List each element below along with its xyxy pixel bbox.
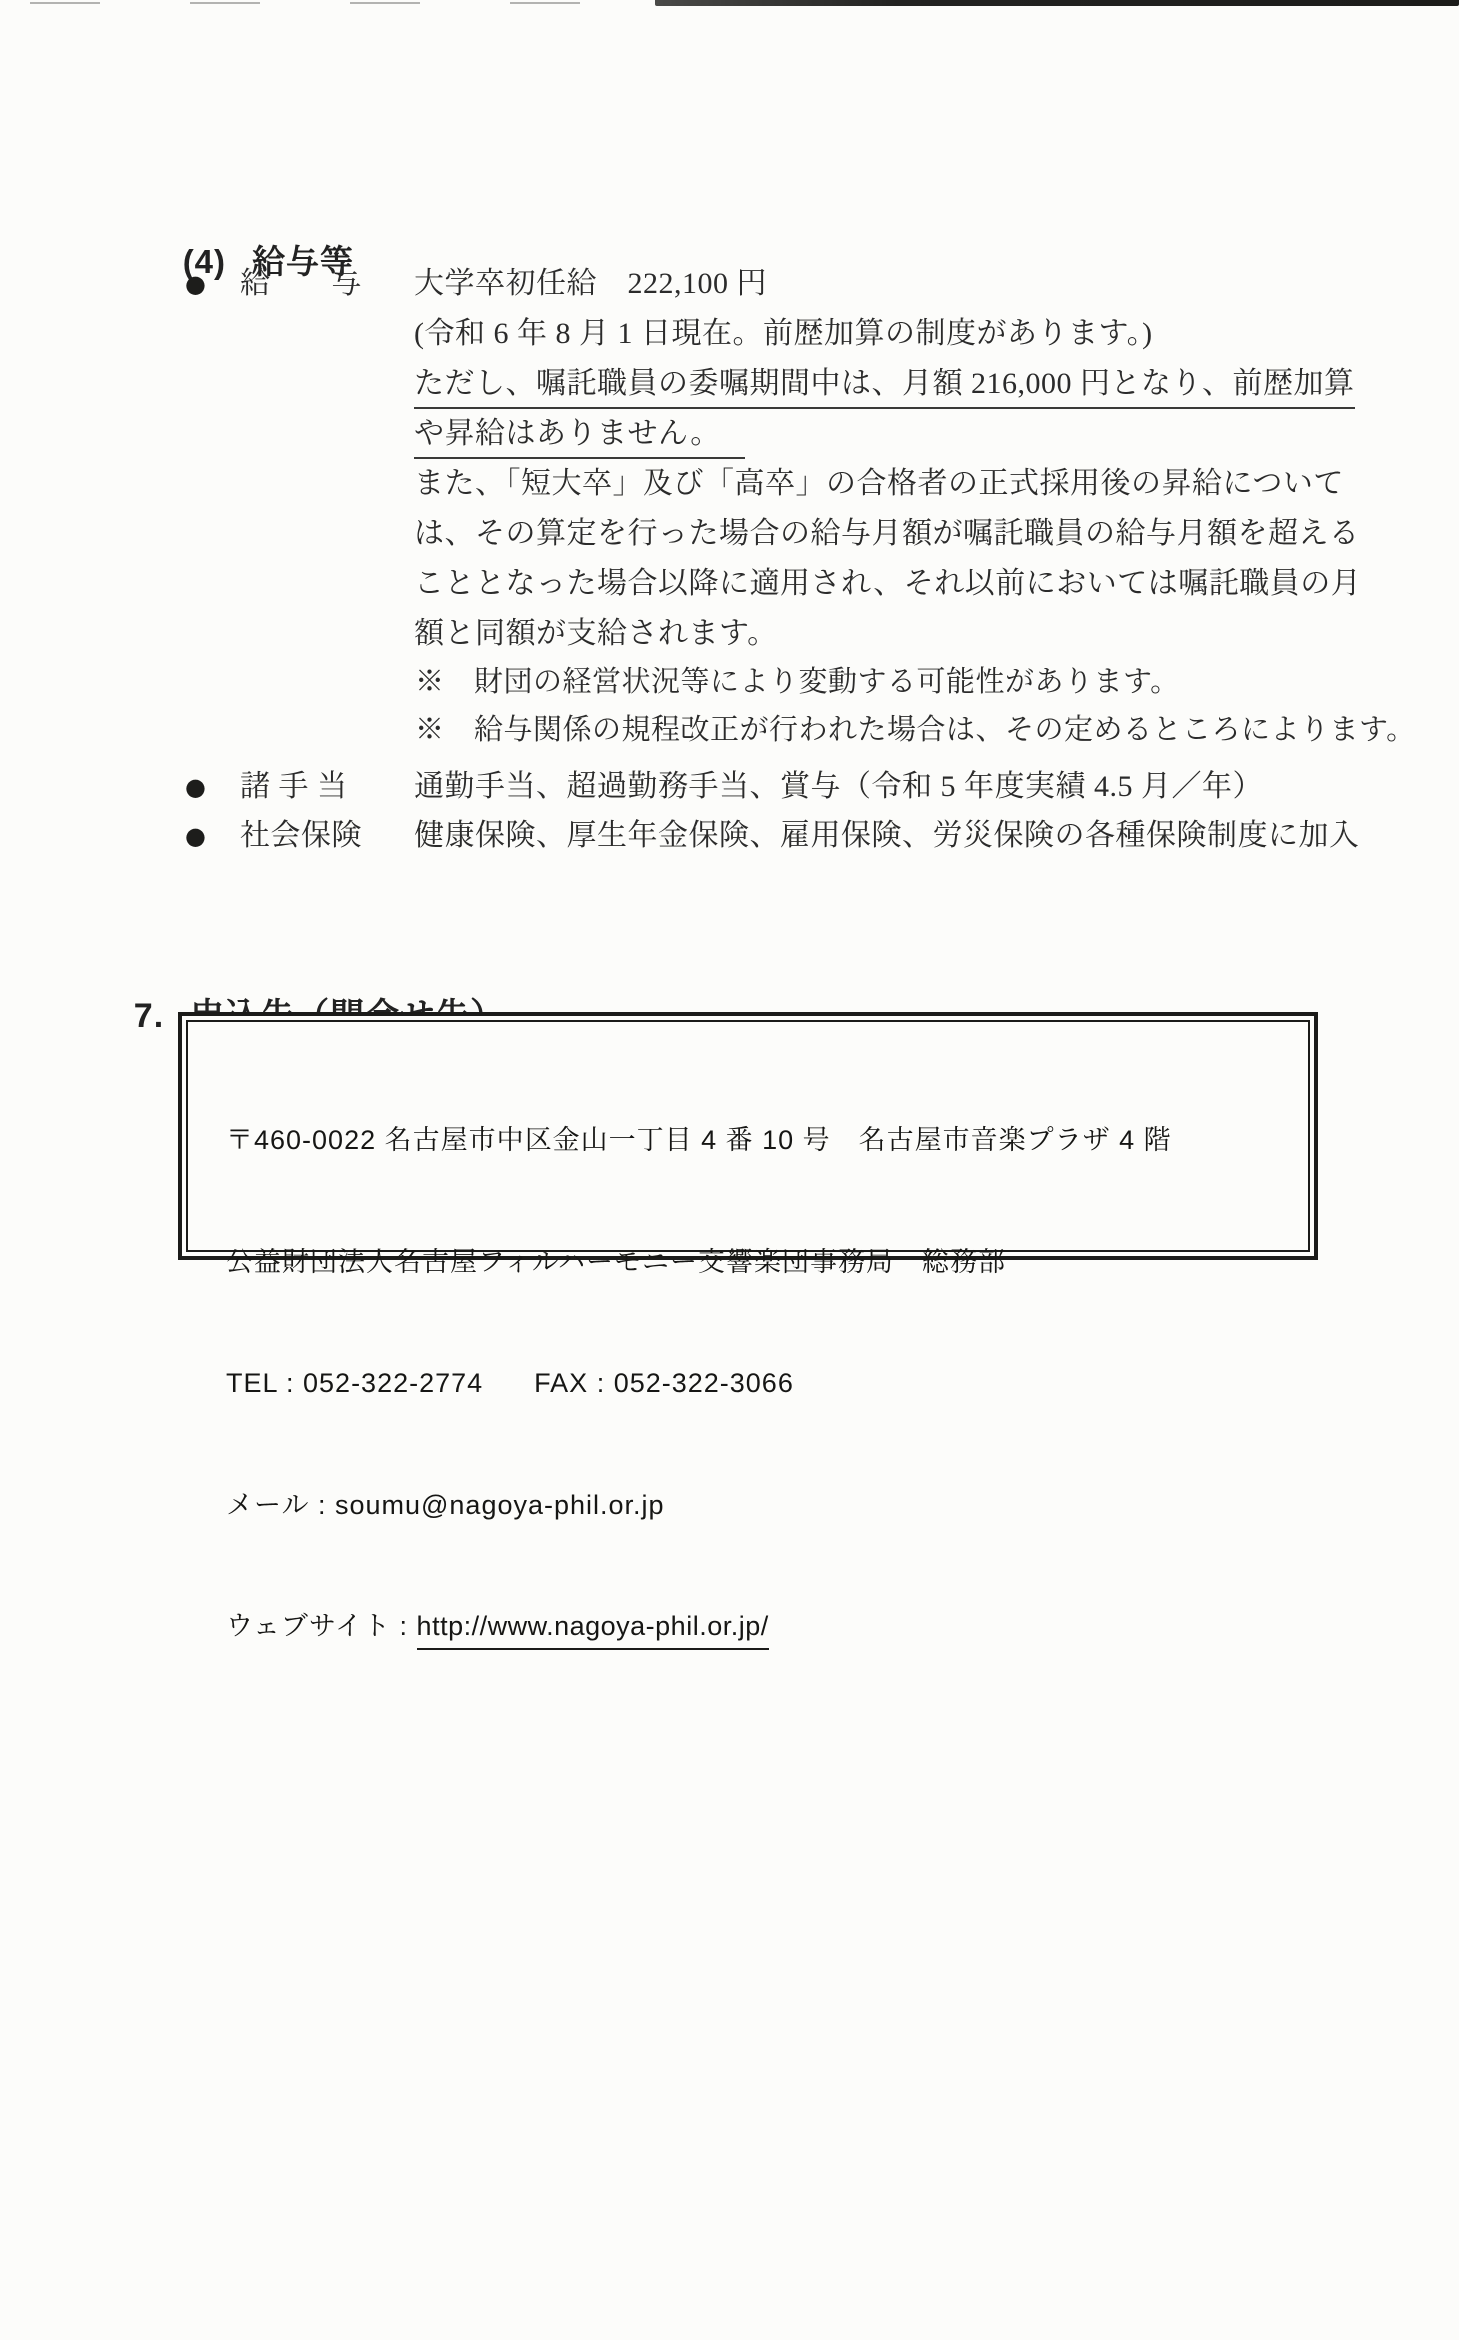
contact-email: メール : soumu@nagoya-phil.or.jp [226,1485,1288,1526]
scan-edge-artifact [655,0,1459,6]
scan-edge-artifact [30,2,650,4]
underlined-text: ただし、嘱託職員の委嘱期間中は、月額 216,000 円となり、前歴加算 [414,366,1355,409]
salary-paragraph-line: こととなった場合以降に適用され、それ以前においては嘱託職員の月 [414,566,1361,602]
scanned-document-page: (4)給与等 ● 給 与 大学卒初任給 222,100 円 (令和 6 年 8 … [0,0,1459,2340]
contact-info-box-inner: 〒460-0022 名古屋市中区金山一丁目 4 番 10 号 名古屋市音楽プラザ… [186,1020,1310,1252]
contact-info-box: 〒460-0022 名古屋市中区金山一丁目 4 番 10 号 名古屋市音楽プラザ… [178,1012,1318,1260]
salary-amount-line: 大学卒初任給 222,100 円 [414,266,767,302]
contact-tel-fax: TEL : 052-322-2774 FAX : 052-322-3066 [226,1363,1288,1404]
contact-website-label: ウェブサイト : [226,1611,417,1641]
salary-asterisk-note: ※ 財団の経営状況等により変動する可能性があります。 [415,664,1180,700]
salary-contract-line-2: や昇給はありません。 [414,416,745,459]
bullet-icon: ● [185,266,206,302]
contact-address: 〒460-0022 名古屋市中区金山一丁目 4 番 10 号 名古屋市音楽プラザ… [226,1120,1288,1161]
allowance-row-text: 通勤手当、超過勤務手当、賞与（令和 5 年度実績 4.5 月／年） [414,769,1263,805]
insurance-row-label: 社会保険 [240,818,362,854]
bullet-icon: ● [185,769,206,805]
section-contact-number: 7. [134,997,164,1035]
salary-paragraph-line: は、その算定を行った場合の給与月額が嘱託職員の給与月額を超える [414,516,1360,552]
salary-note-date-line: (令和 6 年 8 月 1 日現在。前歴加算の制度があります。) [414,316,1153,352]
contact-website-url: http://www.nagoya-phil.or.jp/ [417,1606,769,1650]
insurance-row-text: 健康保険、厚生年金保険、雇用保険、労災保険の各種保険制度に加入 [414,818,1360,854]
salary-asterisk-note: ※ 給与関係の規程改正が行われた場合は、その定めるところによります。 [415,712,1416,748]
salary-row-label: 給 与 [240,266,362,302]
contact-website-line: ウェブサイト : http://www.nagoya-phil.or.jp/ [226,1606,1288,1650]
underlined-text: や昇給はありません。 [414,416,745,459]
salary-paragraph-line: 額と同額が支給されます。 [414,616,778,652]
allowance-row-label: 諸 手 当 [240,769,348,805]
salary-contract-line: ただし、嘱託職員の委嘱期間中は、月額 216,000 円となり、前歴加算 [414,366,1355,409]
salary-paragraph-line: また、「短大卒」及び「高卒」の合格者の正式採用後の昇給について [414,466,1344,502]
bullet-icon: ● [185,818,206,854]
contact-organization: 公益財団法人名古屋フィルハーモニー交響楽団事務局 総務部 [226,1242,1288,1283]
